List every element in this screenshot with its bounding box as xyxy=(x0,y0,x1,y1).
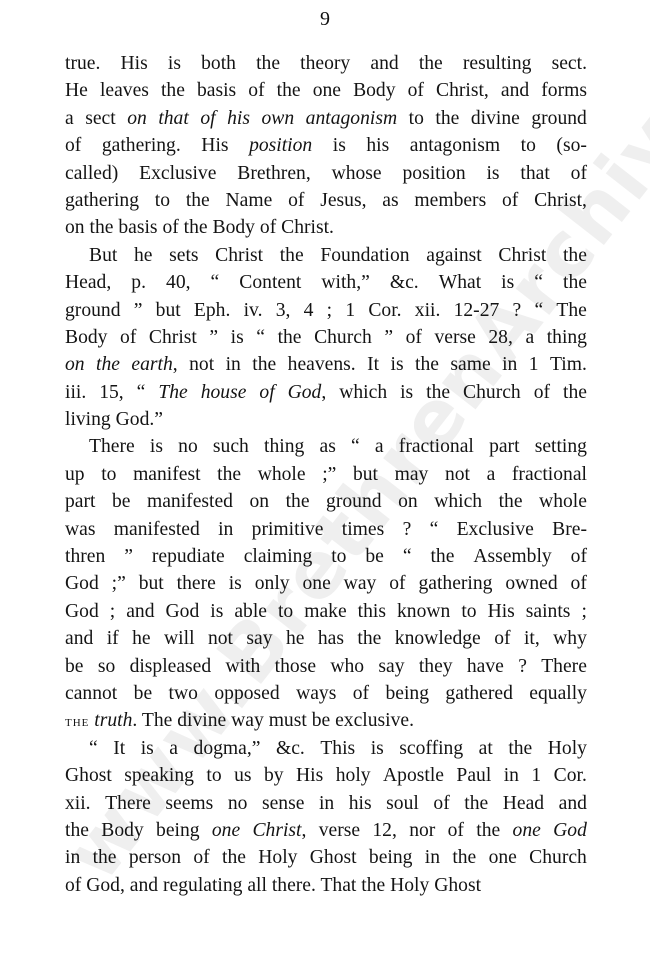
text-line: ofgathering.Hispositionishisantagonismto… xyxy=(65,132,587,159)
text-line: andifhewillnotsayhehastheknowledgeofit,w… xyxy=(65,625,587,652)
text-line: God;andGodisabletomakethisknowntoHissain… xyxy=(65,598,587,625)
text-line: uptomanifestthewhole;”butmaynotafraction… xyxy=(65,461,587,488)
text-line: of God, and regulating all there. That t… xyxy=(65,872,587,899)
text-line: BodyofChrist”is“theChurch”ofverse28,athi… xyxy=(65,324,587,351)
text-line: inthepersonoftheHolyGhostbeingintheoneCh… xyxy=(65,844,587,871)
text-line: ontheearth,notintheheavens.Itisthesamein… xyxy=(65,351,587,378)
text-line: Thereisnosuchthingas“afractionalpartsett… xyxy=(65,433,587,460)
document-page: www.BrethrenArchive.org 9 true.Hisisboth… xyxy=(0,0,650,971)
text-line: God;”butthereisonlyonewayofgatheringowne… xyxy=(65,570,587,597)
paragraph: Thereisnosuchthingas“afractionalpartsett… xyxy=(65,433,587,734)
text-line: cannotbetwoopposedwaysofbeinggatheredequ… xyxy=(65,680,587,707)
text-line: besodispleasedwiththosewhosaytheyhave?Th… xyxy=(65,653,587,680)
page-number: 9 xyxy=(0,8,650,31)
text-line: thren”repudiateclaimingtobe“theAssemblyo… xyxy=(65,543,587,570)
paragraph: ButhesetsChristtheFoundationagainstChris… xyxy=(65,242,587,434)
text-line: living God.” xyxy=(65,406,587,433)
text-line: true.Hisisboththetheoryandtheresultingse… xyxy=(65,50,587,77)
text-line: called)ExclusiveBrethren,whosepositionis… xyxy=(65,160,587,187)
text-line: HeleavesthebasisoftheoneBodyofChrist,and… xyxy=(65,77,587,104)
paragraph: true.Hisisboththetheoryandtheresultingse… xyxy=(65,50,587,242)
text-line: ground”butEph.iv.3,4;1Cor.xii.12-27?“The xyxy=(65,297,587,324)
text-line: theBodybeingoneChrist,verse12,noroftheon… xyxy=(65,817,587,844)
text-line: on the basis of the Body of Christ. xyxy=(65,214,587,241)
text-line: wasmanifestedinprimitivetimes?“Exclusive… xyxy=(65,516,587,543)
text-line: the truth. The divine way must be exclus… xyxy=(65,707,587,734)
text-line: xii.ThereseemsnosenseinhissouloftheHeada… xyxy=(65,790,587,817)
text-line: Head,p.40,“Contentwith,”&c.Whatis“the xyxy=(65,269,587,296)
text-line: ButhesetsChristtheFoundationagainstChris… xyxy=(65,242,587,269)
body-text: true.Hisisboththetheoryandtheresultingse… xyxy=(65,50,587,899)
text-line: “Itisadogma,”&c.ThisisscoffingattheHoly xyxy=(65,735,587,762)
text-line: partbemanifestedonthegroundonwhichthewho… xyxy=(65,488,587,515)
text-line: iii.15,“ThehouseofGod,whichistheChurchof… xyxy=(65,379,587,406)
text-line: GhostspeakingtousbyHisholyApostlePaulin1… xyxy=(65,762,587,789)
paragraph: “Itisadogma,”&c.ThisisscoffingattheHolyG… xyxy=(65,735,587,899)
text-line: asectonthatofhisownantagonismtothedivine… xyxy=(65,105,587,132)
text-line: gatheringtotheNameofJesus,asmembersofChr… xyxy=(65,187,587,214)
